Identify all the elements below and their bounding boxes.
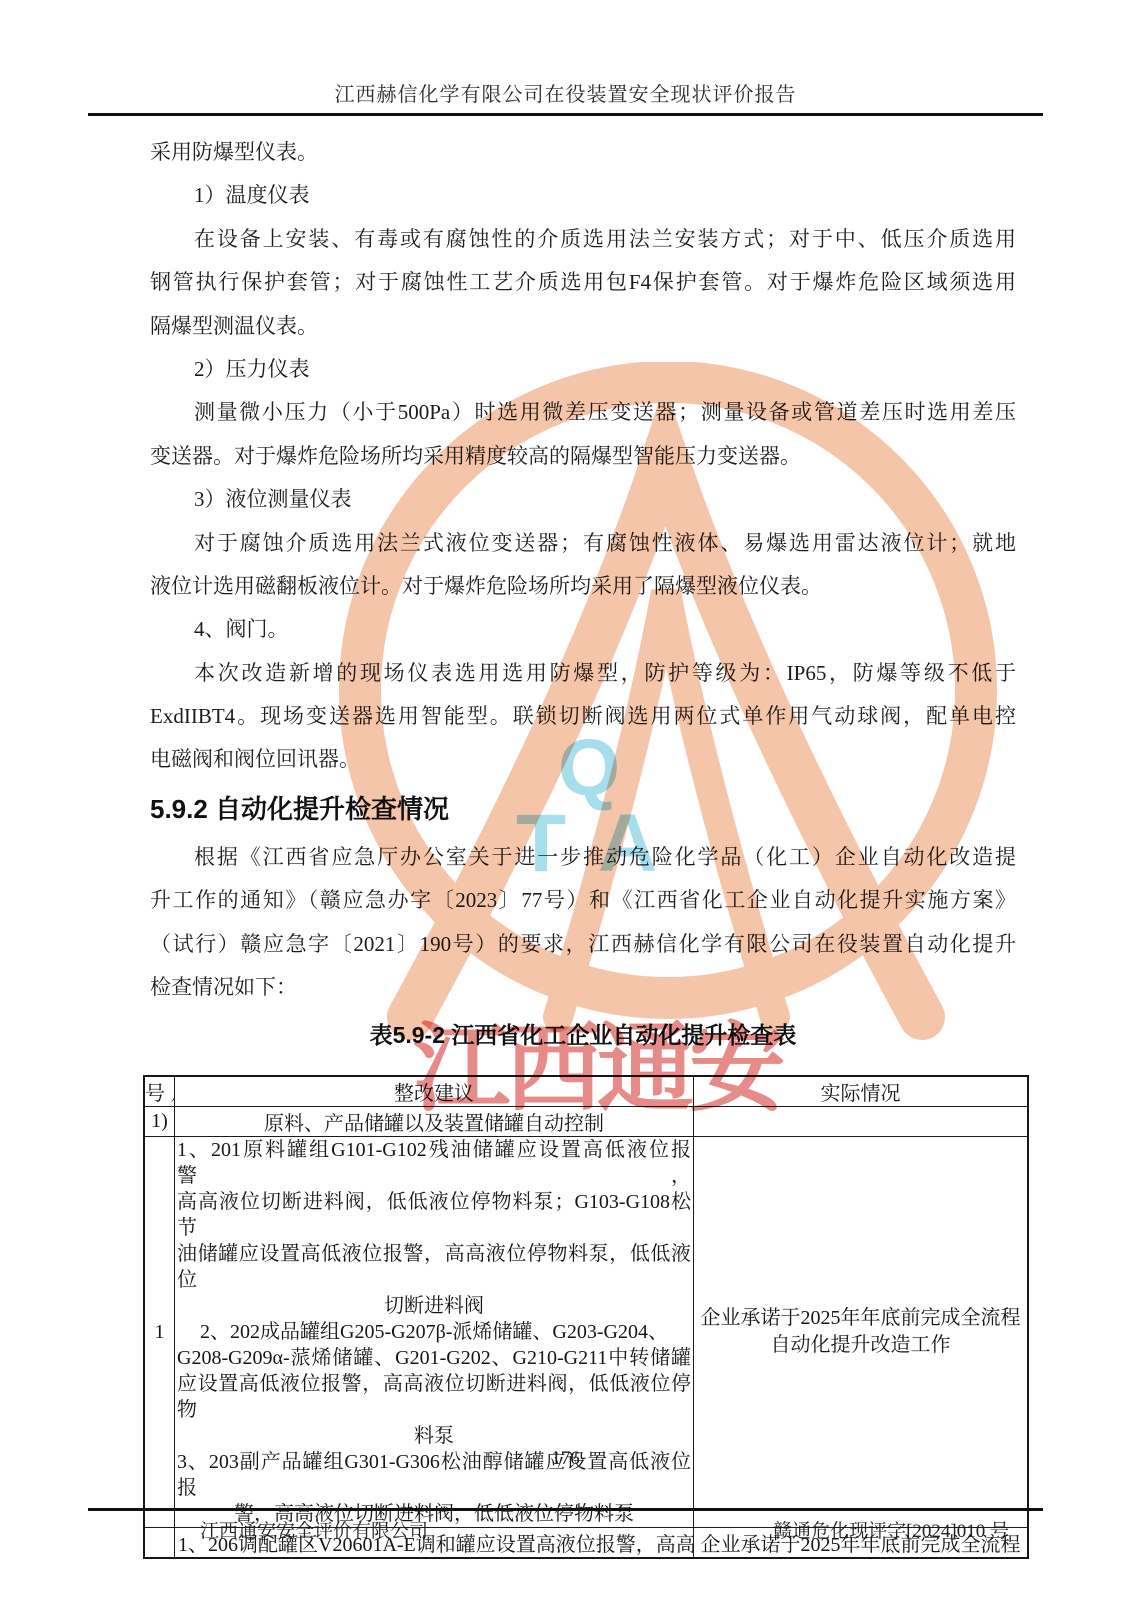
body-line: 在设备上安装、有毒或有腐蚀性的介质选用法兰安装方式；对于中、低压介质选用 — [150, 218, 1016, 261]
body-line: 3）液位测量仪表 — [150, 478, 1016, 521]
page-body: 采用防爆型仪表。 1）温度仪表 在设备上安装、有毒或有腐蚀性的介质选用法兰安装方… — [150, 131, 1016, 1559]
cell-suggestion: 1、201原料罐组G101-G102残油储罐应设置高低液位报警， 高高液位切断进… — [175, 1137, 694, 1528]
body-line: 4、阀门。 — [150, 608, 1016, 651]
suggestion-line: 应设置高低液位报警，高高液位切断进料阀，低低液位停物 — [175, 1371, 693, 1423]
suggestion-line: 警，高高液位切断进料阀，低低液位停物料泵 — [175, 1501, 693, 1527]
table-row: 1 1、201原料罐组G101-G102残油储罐应设置高低液位报警， 高高液位切… — [144, 1137, 1028, 1528]
body-line: 变送器。对于爆炸危险场所均采用精度较高的隔爆型智能压力变送器。 — [150, 435, 1016, 478]
body-line: 对于腐蚀介质选用法兰式液位变送器；有腐蚀性液体、易爆选用雷达液位计；就地 — [150, 522, 1016, 565]
body-line: 本次改造新增的现场仪表选用选用防爆型，防护等级为：IP65，防爆等级不低于 — [150, 652, 1016, 695]
suggestion-line: 3、203副产品罐组G301-G306松油醇储罐应设置高低液位报 — [175, 1449, 693, 1501]
suggestion-line: 高高液位切断进料阀，低低液位停物料泵；G103-G108松节 — [175, 1189, 693, 1241]
suggestion-line: 油储罐应设置高低液位报警，高高液位停物料泵，低低液位 — [175, 1241, 693, 1293]
suggestion-line: 2、202成品罐组G205-G207β-派烯储罐、G203-G204、 — [175, 1319, 693, 1345]
body-line: 2）压力仪表 — [150, 348, 1016, 391]
body-line: 液位计选用磁翻板液位计。对于爆炸危险场所均采用了隔爆型液位仪表。 — [150, 565, 1016, 608]
body-line: 钢管执行保护套管；对于腐蚀性工艺介质选用包F4保护套管。对于爆炸危险区域须选用 — [150, 261, 1016, 304]
cell-category-label: 原料、产品储罐以及装置储罐自动控制 — [175, 1107, 694, 1137]
paragraph-line: 升工作的通知》（赣应急办字〔2023〕77号）和《江西省化工企业自动化提升实施方… — [150, 879, 1016, 922]
status-line: 企业承诺于2025年年底前完成全流程 — [694, 1305, 1027, 1332]
cell-row-no: 1 — [144, 1137, 175, 1528]
cell-row-no: 1) — [144, 1107, 175, 1137]
table-title: 表5.9-2 江西省化工企业自动化提升检查表 — [150, 1009, 1016, 1075]
page-header-title: 江西赫信化学有限公司在役装置安全现状评价报告 — [0, 78, 1131, 107]
cell-status: 企业承诺于2025年年底前完成全流程 — [694, 1528, 1029, 1559]
suggestion-line: 切断进料阀 — [175, 1293, 693, 1319]
paragraph-line: 检查情况如下： — [150, 966, 1016, 1009]
suggestion-line: G208-G209α-蒎烯储罐、G201-G202、G210-G211中转储罐 — [175, 1345, 693, 1371]
status-line: 自动化提升改造工作 — [694, 1332, 1027, 1359]
table-header-row: 号 月 整改建议 实际情况 — [144, 1076, 1028, 1107]
inspection-table: 号 月 整改建议 实际情况 1) 原料、产品储罐以及装置储罐自动控制 1 1、2… — [143, 1075, 1029, 1559]
body-line: ExdIIBT4。现场变送器选用智能型。联锁切断阀选用两位式单作用气动球阀，配单… — [150, 695, 1016, 738]
body-line: 1）温度仪表 — [150, 174, 1016, 217]
body-line: 测量微小压力（小于500Pa）时选用微差压变送器；测量设备或管道差压时选用差压 — [150, 391, 1016, 434]
cell-status — [694, 1107, 1029, 1137]
paragraph-line: 根据《江西省应急厅办公室关于进一步推动危险化学品（化工）企业自动化改造提 — [150, 836, 1016, 879]
suggestion-line: 1、201原料罐组G101-G102残油储罐应设置高低液位报警， — [175, 1137, 693, 1189]
body-line: 电磁阀和阀位回讯器。 — [150, 738, 1016, 781]
paragraph-line: （试行）赣应急字〔2021〕190号）的要求，江西赫信化学有限公司在役装置自动化… — [150, 923, 1016, 966]
cell-suggestion: 1、206调配罐区V20601A-E调和罐应设置高液位报警，高高 — [175, 1528, 694, 1559]
cell-status: 企业承诺于2025年年底前完成全流程 自动化提升改造工作 — [694, 1137, 1029, 1528]
body-line: 隔爆型测温仪表。 — [150, 305, 1016, 348]
cell-row-no — [144, 1528, 175, 1559]
header-cell-suggestion: 整改建议 — [175, 1076, 694, 1107]
header-cell-no: 号 月 — [144, 1076, 175, 1107]
report-page: 江西赫信化学有限公司在役装置安全现状评价报告 采用防爆型仪表。 1）温度仪表 在… — [0, 0, 1131, 1600]
suggestion-line: 料泵 — [175, 1423, 693, 1449]
body-line: 采用防爆型仪表。 — [150, 131, 1016, 174]
section-heading: 5.9.2 自动化提升检查情况 — [150, 782, 1016, 836]
header-cell-status: 实际情况 — [694, 1076, 1029, 1107]
table-row-category: 1) 原料、产品储罐以及装置储罐自动控制 — [144, 1107, 1028, 1137]
table-row: 1、206调配罐区V20601A-E调和罐应设置高液位报警，高高 企业承诺于20… — [144, 1528, 1028, 1559]
header-rule — [88, 113, 1043, 116]
